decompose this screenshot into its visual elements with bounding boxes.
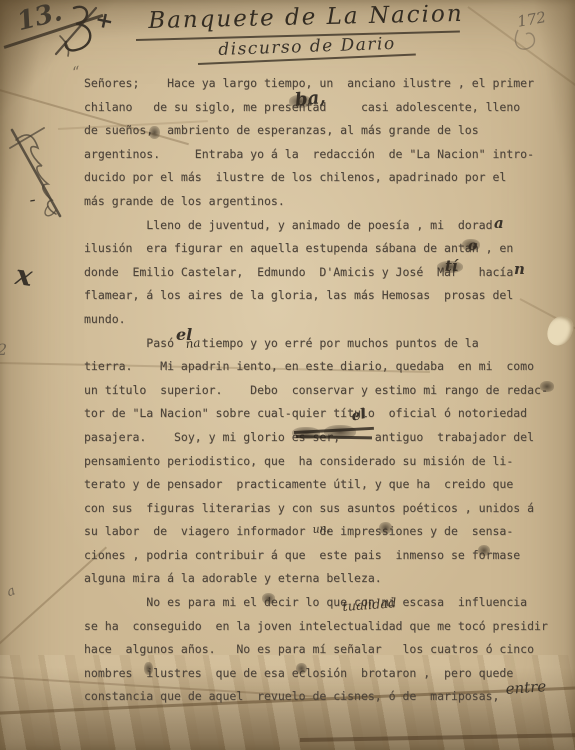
correction-hacian: n: [514, 260, 528, 278]
typed-line: flamear, á los aires de la gloria, las m…: [84, 284, 564, 308]
correction-dorada: a: [494, 214, 504, 232]
ink-smudge: [296, 663, 307, 674]
correction-un-este: un,: [312, 521, 331, 535]
ink-smudge: [437, 261, 463, 273]
typed-line: alguna mira á la adorable y eterna belle…: [84, 567, 564, 591]
ink-smudge: [478, 545, 490, 556]
opening-quote-mark: “: [71, 62, 82, 81]
ink-smudge: [262, 593, 275, 604]
typed-line: Lleno de juventud, y animado de poesía ,…: [84, 214, 564, 238]
typed-line: argentinos. Entraba yo á la redacción de…: [84, 143, 564, 167]
margin-left-edge-mark: 2: [0, 340, 7, 359]
typed-line: constancia que de aquel revuelo de cisne…: [84, 685, 564, 709]
ink-smudge: [379, 522, 392, 534]
ink-smudge: [144, 662, 153, 675]
manuscript-page: 13. + 172 Banquete de La Nacion discurso…: [0, 0, 575, 750]
margin-small-mark: a: [5, 583, 17, 600]
typed-line: ducido por el más ilustre de los chileno…: [84, 166, 564, 190]
typed-line: ciones , podria contribuir á que este pa…: [84, 544, 564, 568]
ink-smudge: [149, 126, 160, 139]
typed-line: tierra. Mi apadrin iento, en este diario…: [84, 355, 564, 379]
typed-line: pensamiento periodistico, que ha conside…: [84, 450, 564, 474]
corner-cross-mark: +: [93, 6, 116, 35]
typed-line: un título superior. Debo conservar y est…: [84, 379, 564, 403]
ink-smudge: [462, 239, 480, 251]
typed-line: No es para mi el decir lo que con mi esc…: [84, 591, 564, 615]
typed-line: Pasó tiempo y yo erré por muchos puntos …: [84, 332, 564, 356]
margin-scrawl-mark: [8, 120, 70, 224]
document-title-handwritten: Banquete de La Nacion: [148, 1, 464, 34]
margin-x-mark: x: [13, 258, 34, 293]
ink-smudge: [289, 95, 311, 108]
typed-line: se ha conseguido en la joven intelectual…: [84, 615, 564, 639]
typed-line: tor de "La Nacion" sobre cual-quier títu…: [84, 402, 564, 426]
typed-line: hace algunos años. No es para mí señalar…: [84, 638, 564, 662]
paper-crease: [300, 733, 575, 742]
correction-entre: entre: [505, 677, 547, 698]
margin-dash-mark: -: [28, 189, 37, 211]
typed-line: con sus figuras literarias y con sus asu…: [84, 497, 564, 521]
correction-el-antiguo: el: [350, 406, 367, 425]
typed-line: donde Emilio Castelar, Edmundo D'Amicis …: [84, 261, 564, 285]
typed-line: más grande de los argentinos.: [84, 190, 564, 214]
typed-line: mundo.: [84, 308, 564, 332]
ink-smudge: [540, 381, 554, 392]
typed-text-block: Señores; Hace ya largo tiempo, un ancian…: [84, 72, 564, 709]
corner-number-mark: 13.: [14, 0, 65, 37]
typed-line: nombres ilustres que de esa eclosión bro…: [84, 662, 564, 686]
typed-line: terato y de pensador practicamente útil,…: [84, 473, 564, 497]
typed-line: ilusión era figurar en aquella estupenda…: [84, 237, 564, 261]
page-number-loop-scrawl: [510, 26, 542, 58]
correction-apadrinamiento: na: [185, 336, 201, 351]
page-number: 172: [516, 8, 547, 31]
